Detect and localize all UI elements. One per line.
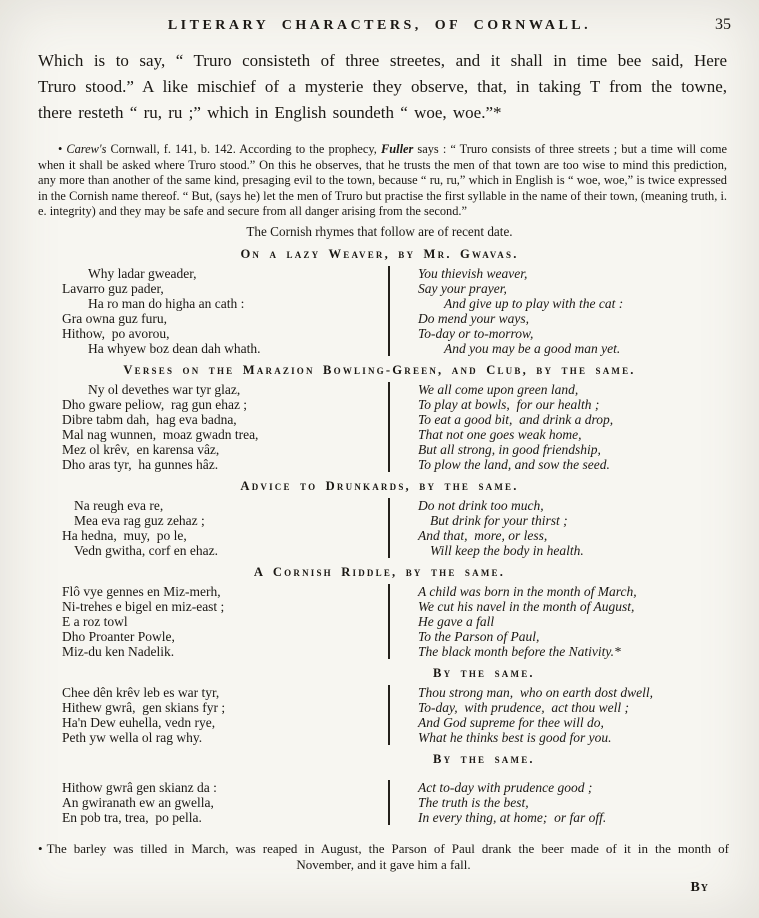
verse-line: Dibre tabm dah, hag eva badna, <box>62 412 388 427</box>
verse-line: That not one goes weak home, <box>418 427 613 442</box>
intro-line: Truro stood.” A like mischief of a myste… <box>38 74 727 100</box>
footnote-text: Cornwall, f. 141, b. 142. According to t… <box>106 142 381 156</box>
verse-line: Miz-du ken Nadelik. <box>62 644 388 659</box>
verse-line: To play at bowls, for our health ; <box>418 397 613 412</box>
english-column: Act to-day with prudence good ; The trut… <box>418 780 606 825</box>
verse-line: But drink for your thirst ; <box>418 513 584 528</box>
verse-line: Ni-trehes e bigel en miz-east ; <box>62 599 388 614</box>
verse-line: And that, more, or less, <box>418 528 584 543</box>
verse-line: Lavarro guz pader, <box>62 281 388 296</box>
verse-line: Ha whyew boz dean dah whath. <box>62 341 388 356</box>
column-divider <box>388 584 390 659</box>
english-column: Do not drink too much, But drink for you… <box>418 498 584 558</box>
verse-line: Dho aras tyr, ha gunnes hâz. <box>62 457 388 472</box>
intro-line: Which is to say, “ Truro consisteth of t… <box>38 48 727 74</box>
poem-lazy-weaver: Why ladar gweader, Lavarro guz pader, Ha… <box>62 266 759 356</box>
english-column: Thou strong man, who on earth dost dwell… <box>418 685 653 745</box>
verse-line: To-day or to-morrow, <box>418 326 623 341</box>
footnote-marker: • <box>38 841 47 856</box>
verse-line: A child was born in the month of March, <box>418 584 637 599</box>
page-number: 35 <box>715 16 731 34</box>
column-divider <box>388 498 390 558</box>
book-page: LITERARY CHARACTERS, OF CORNWALL. 35 Whi… <box>0 0 759 918</box>
catchword: By <box>0 880 709 896</box>
verse-line: Peth yw wella ol rag why. <box>62 730 388 745</box>
poem-by-same-1: Chee dên krêv leb es war tyr, Hithew gwr… <box>62 685 759 745</box>
verse-line: Vedn gwitha, corf en ehaz. <box>62 543 388 558</box>
verse-line: And give up to play with the cat : <box>418 296 623 311</box>
intro-line: there resteth “ ru, ru ;” which in Engli… <box>38 100 727 126</box>
verse-line: The black month before the Nativity.* <box>418 644 637 659</box>
cornish-column: Hithow gwrâ gen skianz da : An gwiranath… <box>62 780 388 825</box>
verse-line: Thou strong man, who on earth dost dwell… <box>418 685 653 700</box>
verse-line: You thievish weaver, <box>418 266 623 281</box>
footnote-bottom-line: •The barley was tilled in March, was rea… <box>38 841 729 858</box>
poem-marazion: Ny ol devethes war tyr glaz, Dho gware p… <box>62 382 759 472</box>
verse-line: Flô vye gennes en Miz-merh, <box>62 584 388 599</box>
verse-line: In every thing, at home; or far off. <box>418 810 606 825</box>
verse-line: To-day, with prudence, act thou well ; <box>418 700 653 715</box>
verse-line: Will keep the body in health. <box>418 543 584 558</box>
verse-line: And God supreme for thee will do, <box>418 715 653 730</box>
footnote-citation-author: Carew's <box>66 142 106 156</box>
column-divider <box>388 266 390 356</box>
running-head: LITERARY CHARACTERS, OF CORNWALL. 35 <box>0 0 759 34</box>
verse-line: Mal nag wunnen, moaz gwadn trea, <box>62 427 388 442</box>
verse-line: But all strong, in good friendship, <box>418 442 613 457</box>
poem-drunkards: Na reugh eva re, Mea eva rag guz zehaz ;… <box>62 498 759 558</box>
footnote-bottom-line: November, and it gave him a fall. <box>38 857 729 874</box>
cornish-column: Ny ol devethes war tyr glaz, Dho gware p… <box>62 382 388 472</box>
poem-by-same-2: Hithow gwrâ gen skianz da : An gwiranath… <box>62 780 759 825</box>
footnote-top: •Carew's Cornwall, f. 141, b. 142. Accor… <box>38 142 727 220</box>
section-heading-riddle: A Cornish Riddle, by the same. <box>0 565 759 580</box>
cornish-column: Why ladar gweader, Lavarro guz pader, Ha… <box>62 266 388 356</box>
verse-line: We cut his navel in the month of August, <box>418 599 637 614</box>
verse-line: Ha hedna, muy, po le, <box>62 528 388 543</box>
intro-paragraph: Which is to say, “ Truro consisteth of t… <box>38 48 727 126</box>
cornish-column: Chee dên krêv leb es war tyr, Hithew gwr… <box>62 685 388 745</box>
footnote-bottom: •The barley was tilled in March, was rea… <box>38 841 729 874</box>
verse-line: Na reugh eva re, <box>62 498 388 513</box>
verse-line: E a roz towl <box>62 614 388 629</box>
english-column: We all come upon green land, To play at … <box>418 382 613 472</box>
verse-line: He gave a fall <box>418 614 637 629</box>
cornish-column: Flô vye gennes en Miz-merh, Ni-trehes e … <box>62 584 388 659</box>
verse-line: The truth is the best, <box>418 795 606 810</box>
column-divider <box>388 685 390 745</box>
verse-line: Dho gware peliow, rag gun ehaz ; <box>62 397 388 412</box>
verse-line: What he thinks best is good for you. <box>418 730 653 745</box>
verse-line: To eat a good bit, and drink a drop, <box>418 412 613 427</box>
poem-riddle: Flô vye gennes en Miz-merh, Ni-trehes e … <box>62 584 759 659</box>
english-column: A child was born in the month of March, … <box>418 584 637 659</box>
transition-line: The Cornish rhymes that follow are of re… <box>0 224 759 240</box>
column-divider <box>388 780 390 825</box>
verse-line: Say your prayer, <box>418 281 623 296</box>
column-divider <box>388 382 390 472</box>
verse-line: Ha'n Dew euhella, vedn rye, <box>62 715 388 730</box>
verse-line: Dho Proanter Powle, <box>62 629 388 644</box>
verse-line: Do mend your ways, <box>418 311 623 326</box>
verse-line: And you may be a good man yet. <box>418 341 623 356</box>
verse-line: To the Parson of Paul, <box>418 629 637 644</box>
verse-line: Ha ro man do higha an cath : <box>62 296 388 311</box>
footnote-bottom-text: The barley was tilled in March, was reap… <box>47 841 729 856</box>
footnote-author-fuller: Fuller <box>381 142 413 156</box>
section-heading-marazion: Verses on the Marazion Bowling-Green, an… <box>0 363 759 378</box>
verse-line: Act to-day with prudence good ; <box>418 780 606 795</box>
verse-line: En pob tra, trea, po pella. <box>62 810 388 825</box>
section-heading-drunkards: Advice to Drunkards, by the same. <box>0 479 759 494</box>
english-column: You thievish weaver, Say your prayer, An… <box>418 266 623 356</box>
verse-line: Chee dên krêv leb es war tyr, <box>62 685 388 700</box>
verse-line: Mea eva rag guz zehaz ; <box>62 513 388 528</box>
verse-line: Mez ol krêv, en karensa vâz, <box>62 442 388 457</box>
verse-line: Gra owna guz furu, <box>62 311 388 326</box>
verse-line: To plow the land, and sow the seed. <box>418 457 613 472</box>
section-heading-lazy-weaver: On a lazy Weaver, by Mr. Gwavas. <box>0 247 759 262</box>
verse-line: An gwiranath ew an gwella, <box>62 795 388 810</box>
verse-line: Hithew gwrâ, gen skians fyr ; <box>62 700 388 715</box>
verse-line: Ny ol devethes war tyr glaz, <box>62 382 388 397</box>
cornish-column: Na reugh eva re, Mea eva rag guz zehaz ;… <box>62 498 388 558</box>
verse-line: Why ladar gweader, <box>62 266 388 281</box>
running-head-title: LITERARY CHARACTERS, OF CORNWALL. <box>168 18 591 33</box>
verse-line: Do not drink too much, <box>418 498 584 513</box>
verse-line: Hithow gwrâ gen skianz da : <box>62 780 388 795</box>
section-heading-by-same-1: By the same. <box>433 666 759 681</box>
verse-line: We all come upon green land, <box>418 382 613 397</box>
verse-line: Hithow, po avorou, <box>62 326 388 341</box>
section-heading-by-same-2: By the same. <box>433 752 759 767</box>
